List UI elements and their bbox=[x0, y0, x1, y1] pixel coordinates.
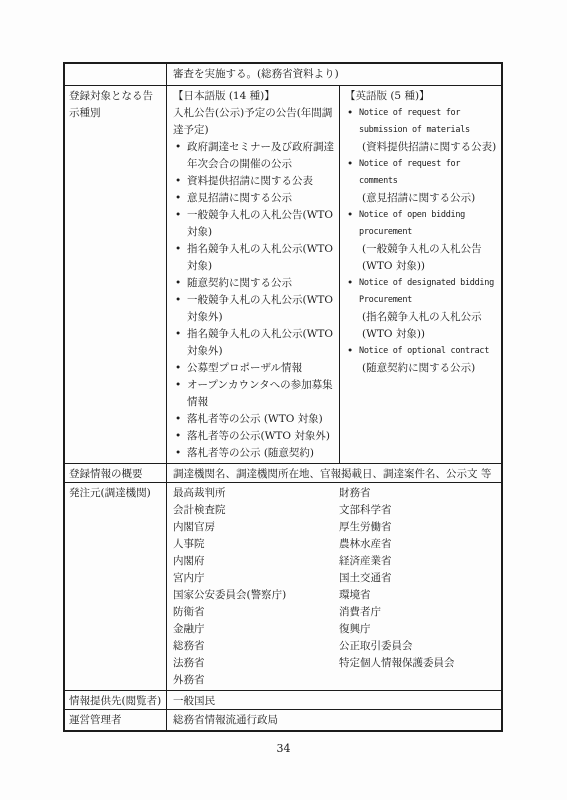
agency-name: 金融庁 bbox=[173, 621, 339, 638]
table-row-notice-types: 登録対象となる告示種別 【日本語版 (14 種)】 入札公告(公示)予定の公告(… bbox=[65, 85, 501, 463]
english-notice-text: Notice of optional contract bbox=[359, 343, 500, 360]
japanese-notice-text: オープンカウンタへの参加募集情報 bbox=[187, 379, 333, 408]
japanese-notice-item: 指名競争入札の入札公示(WTO 対象外) bbox=[173, 326, 335, 360]
summary-label-cell: 登録情報の概要 bbox=[65, 464, 167, 482]
agency-name: 財務省 bbox=[339, 485, 497, 502]
japanese-notice-item: 政府調達セミナー及び政府調達年次会合の開催の公示 bbox=[173, 139, 335, 173]
operator-label: 運営管理者 bbox=[69, 714, 122, 726]
operator-value: 総務省情報流通行政局 bbox=[173, 714, 278, 726]
agency-name: 宮内庁 bbox=[173, 570, 339, 587]
agency-name: 厚生労働省 bbox=[339, 519, 497, 536]
continuation-text: 審査を実施する。(総務省資料より) bbox=[173, 68, 339, 80]
document-page: 審査を実施する。(総務省資料より) 登録対象となる告示種別 【日本語版 (14 … bbox=[0, 0, 567, 800]
japanese-notice-item: 指名競争入札の入札公示(WTO 対象) bbox=[173, 241, 335, 275]
table-row-summary: 登録情報の概要 調達機関名、調達機関所在地、官報掲載日、調達案件名、公示文 等 bbox=[65, 463, 501, 482]
table-row-audience: 情報提供先(閲覧者) 一般国民 bbox=[65, 690, 501, 709]
japanese-notice-text: 落札者等の公示 (随意契約) bbox=[187, 447, 314, 459]
japanese-notice-item: 随意契約に関する公示 bbox=[173, 275, 335, 292]
audience-value-cell: 一般国民 bbox=[167, 691, 501, 709]
japanese-notice-text: 指名競争入札の入札公示(WTO 対象) bbox=[187, 243, 333, 272]
orderers-value-cell: 最高裁判所 会計検査院 内閣官房 人事院 内閣府 宮内庁 国家公安委員会(警察庁… bbox=[167, 483, 501, 690]
japanese-notices-cell: 【日本語版 (14 種)】 入札公告(公示)予定の公告(年間調達予定) 政府調達… bbox=[167, 86, 340, 463]
japanese-notice-text: 落札者等の公示(WTO 対象外) bbox=[187, 430, 330, 442]
continuation-empty-label-cell bbox=[65, 64, 167, 85]
japanese-notice-text: 政府調達セミナー及び政府調達年次会合の開催の公示 bbox=[187, 141, 334, 170]
continuation-text-cell: 審査を実施する。(総務省資料より) bbox=[167, 64, 501, 85]
agency-name: 防衛省 bbox=[173, 604, 339, 621]
japanese-notice-text: 意見招請に関する公示 bbox=[187, 192, 292, 204]
summary-value-cell: 調達機関名、調達機関所在地、官報掲載日、調達案件名、公示文 等 bbox=[167, 464, 501, 482]
agency-name: 人事院 bbox=[173, 536, 339, 553]
agency-name: 消費者庁 bbox=[339, 604, 497, 621]
japanese-notice-text: 随意契約に関する公示 bbox=[187, 277, 292, 289]
japanese-notice-text: 落札者等の公示 (WTO 対象) bbox=[187, 413, 323, 425]
english-notice-item: Notice of request for comments (意見招請に関する… bbox=[345, 156, 500, 207]
english-notices-cell: 【英語版 (5 種)】 Notice of request for submis… bbox=[340, 86, 501, 463]
agency-name: 内閣官房 bbox=[173, 519, 339, 536]
agency-name: 文部科学省 bbox=[339, 502, 497, 519]
english-notice-item: Notice of designated bidding Procurement… bbox=[345, 275, 500, 343]
agency-name: 総務省 bbox=[173, 638, 339, 655]
japanese-notice-intro: 入札公告(公示)予定の公告(年間調達予定) bbox=[173, 105, 335, 139]
agency-name: 復興庁 bbox=[339, 621, 497, 638]
english-version-header: 【英語版 (5 種)】 bbox=[345, 88, 500, 105]
table-row-orderers: 発注元(調達機関) 最高裁判所 会計検査院 内閣官房 人事院 内閣府 宮内庁 国… bbox=[65, 482, 501, 690]
english-notice-japanese-note: (指名競争入札の入札公示(WTO 対象)) bbox=[359, 309, 500, 343]
summary-value: 調達機関名、調達機関所在地、官報掲載日、調達案件名、公示文 等 bbox=[173, 468, 491, 480]
agency-name: 法務省 bbox=[173, 655, 339, 672]
english-notice-text: Notice of designated bidding Procurement bbox=[359, 275, 500, 309]
agency-name: 経済産業省 bbox=[339, 553, 497, 570]
agency-name: 外務省 bbox=[173, 672, 339, 689]
english-notice-text: Notice of open bidding procurement bbox=[359, 207, 500, 241]
table-row-continuation: 審査を実施する。(総務省資料より) bbox=[65, 64, 501, 85]
notice-types-label: 登録対象となる告示種別 bbox=[69, 90, 153, 119]
operator-label-cell: 運営管理者 bbox=[65, 710, 167, 730]
japanese-notice-item: 公募型プロポーザル情報 bbox=[173, 360, 335, 377]
japanese-notice-text: 一般競争入札の入札公告(WTO 対象) bbox=[187, 209, 333, 238]
page-number: 34 bbox=[0, 740, 567, 757]
orderers-label-cell: 発注元(調達機関) bbox=[65, 483, 167, 690]
audience-label: 情報提供先(閲覧者) bbox=[69, 695, 161, 707]
japanese-notice-item: 落札者等の公示 (随意契約) bbox=[173, 445, 335, 462]
english-notice-text: Notice of request for comments bbox=[359, 156, 500, 190]
english-notice-japanese-note: (一般競争入札の入札公告(WTO 対象)) bbox=[359, 241, 500, 275]
agency-name: 国家公安委員会(警察庁) bbox=[173, 587, 339, 604]
procurement-info-table: 審査を実施する。(総務省資料より) 登録対象となる告示種別 【日本語版 (14 … bbox=[63, 62, 503, 732]
table-row-operator: 運営管理者 総務省情報流通行政局 bbox=[65, 709, 501, 730]
agency-name: 会計検査院 bbox=[173, 502, 339, 519]
japanese-notice-item: 落札者等の公示(WTO 対象外) bbox=[173, 428, 335, 445]
agency-column-2: 財務省 文部科学省 厚生労働省 農林水産省 経済産業省 国土交通省 環境省 消費… bbox=[339, 485, 497, 689]
agency-column-1: 最高裁判所 会計検査院 内閣官房 人事院 内閣府 宮内庁 国家公安委員会(警察庁… bbox=[173, 485, 339, 689]
japanese-version-header: 【日本語版 (14 種)】 bbox=[173, 88, 335, 105]
japanese-notice-text: 指名競争入札の入札公示(WTO 対象外) bbox=[187, 328, 333, 357]
notice-types-label-cell: 登録対象となる告示種別 bbox=[65, 86, 167, 463]
english-notice-japanese-note: (意見招請に関する公示) bbox=[359, 190, 500, 207]
english-notice-item: Notice of open bidding procurement (一般競争… bbox=[345, 207, 500, 275]
japanese-notice-text: 公募型プロポーザル情報 bbox=[187, 362, 302, 374]
agency-name: 最高裁判所 bbox=[173, 485, 339, 502]
english-notice-item: Notice of request for submission of mate… bbox=[345, 105, 500, 156]
audience-value: 一般国民 bbox=[173, 695, 215, 707]
japanese-notice-text: 一般競争入札の入札公示(WTO 対象外) bbox=[187, 294, 333, 323]
japanese-notice-item: 一般競争入札の入札公示(WTO 対象外) bbox=[173, 292, 335, 326]
japanese-notice-text: 資料提供招請に関する公表 bbox=[187, 175, 313, 187]
agency-name: 公正取引委員会 bbox=[339, 638, 497, 655]
orderers-label: 発注元(調達機関) bbox=[69, 487, 151, 499]
english-notice-item: Notice of optional contract (随意契約に関する公示) bbox=[345, 343, 500, 377]
agency-name: 国土交通省 bbox=[339, 570, 497, 587]
agency-name: 環境省 bbox=[339, 587, 497, 604]
english-notice-japanese-note: (随意契約に関する公示) bbox=[359, 360, 500, 377]
operator-value-cell: 総務省情報流通行政局 bbox=[167, 710, 501, 730]
japanese-notice-item: 一般競争入札の入札公告(WTO 対象) bbox=[173, 207, 335, 241]
summary-label: 登録情報の概要 bbox=[69, 468, 143, 480]
agency-name: 特定個人情報保護委員会 bbox=[339, 655, 497, 672]
english-notice-japanese-note: (資料提供招請に関する公表) bbox=[359, 139, 500, 156]
japanese-notice-item: 意見招請に関する公示 bbox=[173, 190, 335, 207]
japanese-notice-item: オープンカウンタへの参加募集情報 bbox=[173, 377, 335, 411]
japanese-notice-item: 資料提供招請に関する公表 bbox=[173, 173, 335, 190]
audience-label-cell: 情報提供先(閲覧者) bbox=[65, 691, 167, 709]
agency-name: 農林水産省 bbox=[339, 536, 497, 553]
agency-name: 内閣府 bbox=[173, 553, 339, 570]
english-notice-text: Notice of request for submission of mate… bbox=[359, 105, 500, 139]
japanese-notice-item: 落札者等の公示 (WTO 対象) bbox=[173, 411, 335, 428]
